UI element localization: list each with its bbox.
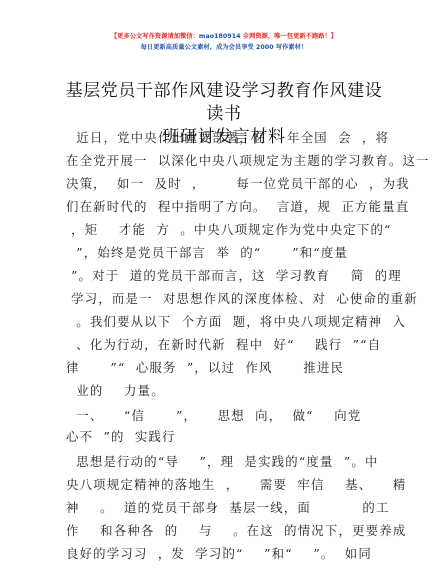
promo-banner-line1: 【更多公文写作资源请加微信：mao180914 全网资源，唯一包更新不跑路！】 (0, 31, 448, 40)
body-text-line: 神 。 道的党员干部身 基层一线，面 的工 (66, 500, 382, 516)
body-text-line: 一、 “信 ”， 思想 向， 做“ 向党 (66, 408, 382, 424)
body-text-line: 们在新时代的 程中指明了方向。 言道，规 正方能量直 (66, 199, 382, 215)
promo-suffix: 全网资源，唯一包更新不跑路！】 (241, 33, 338, 40)
body-text-line: ”。对于 道的党员干部而言，这 学习教育 简 的理 (66, 268, 382, 284)
body-text-line: 决策， 如一 及时 ， 每一位党员干部的心 ，为我 (66, 176, 382, 192)
body-text-line: 央八项规定精神的落地生 ， 需要 牢信 基、 精 (66, 477, 382, 493)
document-page: 【更多公文写作资源请加微信：mao180914 全网资源，唯一包更新不跑路！】 … (0, 0, 448, 580)
body-text-line: 心不 ”的 实践行 (66, 429, 382, 445)
body-text-line: 、化为行动，在新时代新 程中 好“ 践行 ”“自 (66, 337, 382, 353)
body-text-line: ，矩 才能 方 。中央八项规定作为党中央定下的“ (66, 222, 382, 238)
wechat-id: mao180914 (199, 33, 241, 40)
body-text-line: 律 ”“ 心服务 ”，以过 作风 推进民 (66, 360, 382, 376)
promo-banner-line2: 每日更新高质量公文素材，成为会员享受 2000 写作素材！ (0, 42, 448, 51)
body-text-line: 学习，而是一 对思想作风的深度体检、对 心使命的重新 (66, 291, 382, 307)
body-text-line: 思想是行动的“导 ”，理 是实践的“度量 ”。中 (66, 454, 382, 470)
body-text-line: 在全党开展一 以深化中央八项规定为主题的学习教育。这一 (66, 153, 382, 169)
body-text-line: 。我们要从以下 个方面 题，将中央八项规定精神 入 (66, 314, 382, 330)
body-text-line: 业的 力量。 (66, 383, 382, 399)
body-text-line: ”，始终是党员干部言 举 的“ ”和“度量 (66, 245, 382, 261)
body-text-line: 近日，党中央作出重要部署，在 年全国 会 ，将 (66, 130, 382, 146)
body-text-line: 作 和各种各 的 与 。在这 的情况下，更要养成 (66, 523, 382, 539)
page-number: 1 (0, 546, 448, 555)
document-title-line-1: 基层党员干部作风建设学习教育作风建设读书 (60, 80, 388, 126)
promo-prefix: 【更多公文写作资源请加微信： (111, 33, 199, 40)
